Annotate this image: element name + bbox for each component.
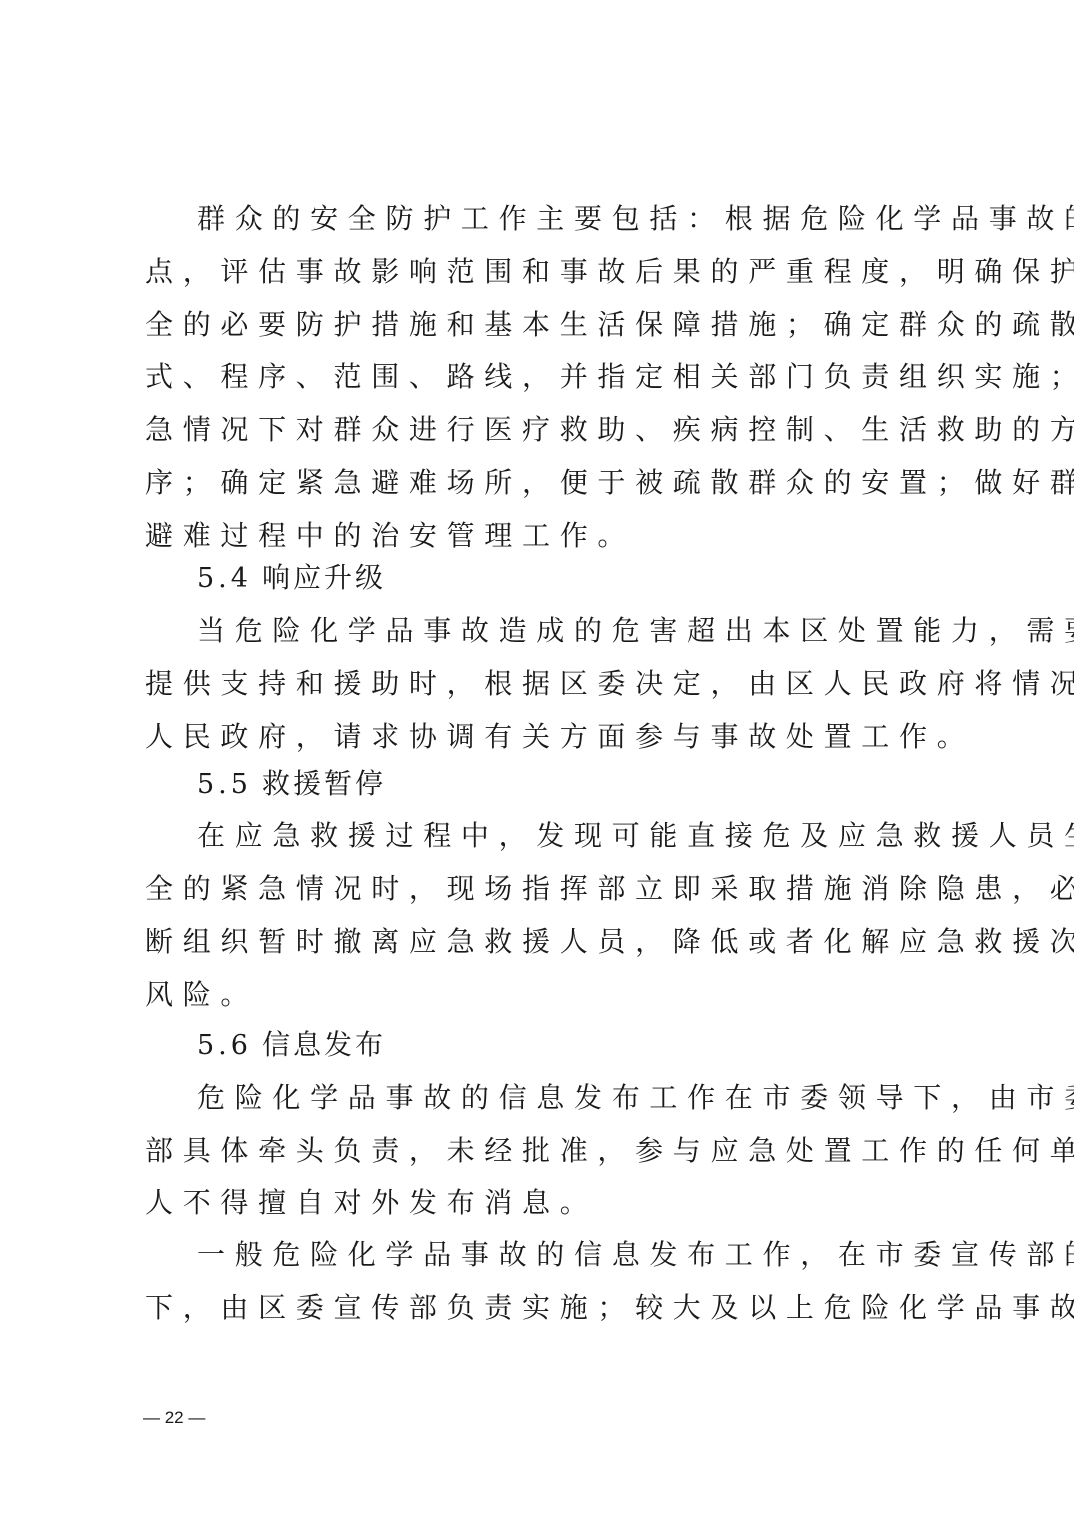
text-line: 当危险化学品事故造成的危害超出本区处置能力，需要市级 — [197, 611, 945, 651]
section-number: 5.5 — [197, 769, 252, 800]
section-title: 救援暂停 — [262, 767, 386, 800]
section-heading-5-6: 5.6信息发布 — [197, 1025, 386, 1065]
section-heading-5-4: 5.4响应升级 — [197, 558, 386, 598]
text-line: 断组织暂时撤离应急救援人员，降低或者化解应急救援次生事故 — [145, 922, 945, 962]
text-line: 序；确定紧急避难场所，便于被疏散群众的安置；做好群众疏散、 — [145, 463, 945, 503]
text-line: 全的紧急情况时，现场指挥部立即采取措施消除隐患，必要时果 — [145, 869, 945, 909]
page-number: — 22 — — [143, 1406, 205, 1430]
text-line: 避难过程中的治安管理工作。 — [145, 516, 945, 556]
text-line: 人民政府，请求协调有关方面参与事故处置工作。 — [145, 717, 945, 757]
section-title: 响应升级 — [262, 561, 386, 594]
section-title: 信息发布 — [262, 1028, 386, 1061]
text-line: 群众的安全防护工作主要包括：根据危险化学品事故的特 — [197, 199, 945, 239]
document-page: 群众的安全防护工作主要包括：根据危险化学品事故的特 点，评估事故影响范围和事故后… — [0, 0, 1074, 1520]
text-line: 一般危险化学品事故的信息发布工作，在市委宣传部的指导 — [197, 1235, 945, 1275]
text-line: 急情况下对群众进行医疗救助、疾病控制、生活救助的方式和程 — [145, 410, 945, 450]
text-line: 点，评估事故影响范围和事故后果的严重程度，明确保护群众安 — [145, 252, 945, 292]
text-line: 在应急救援过程中，发现可能直接危及应急救援人员生命安 — [197, 816, 945, 856]
text-line: 下，由区委宣传部负责实施；较大及以上危险化学品事故的信息 — [145, 1288, 945, 1328]
section-heading-5-5: 5.5救援暂停 — [197, 764, 386, 804]
text-line: 部具体牵头负责，未经批准，参与应急处置工作的任何单位和个 — [145, 1131, 945, 1171]
text-line: 危险化学品事故的信息发布工作在市委领导下，由市委宣传 — [197, 1078, 945, 1118]
section-number: 5.4 — [197, 563, 252, 594]
text-line: 人不得擅自对外发布消息。 — [145, 1183, 945, 1223]
text-line: 式、程序、范围、路线，并指定相关部门负责组织实施；确定应 — [145, 357, 945, 397]
text-line: 提供支持和援助时，根据区委决定，由区人民政府将情况上报市 — [145, 664, 945, 704]
section-number: 5.6 — [197, 1030, 252, 1061]
text-line: 全的必要防护措施和基本生活保障措施；确定群众的疏散撤离方 — [145, 305, 945, 345]
text-line: 风险。 — [145, 975, 945, 1015]
